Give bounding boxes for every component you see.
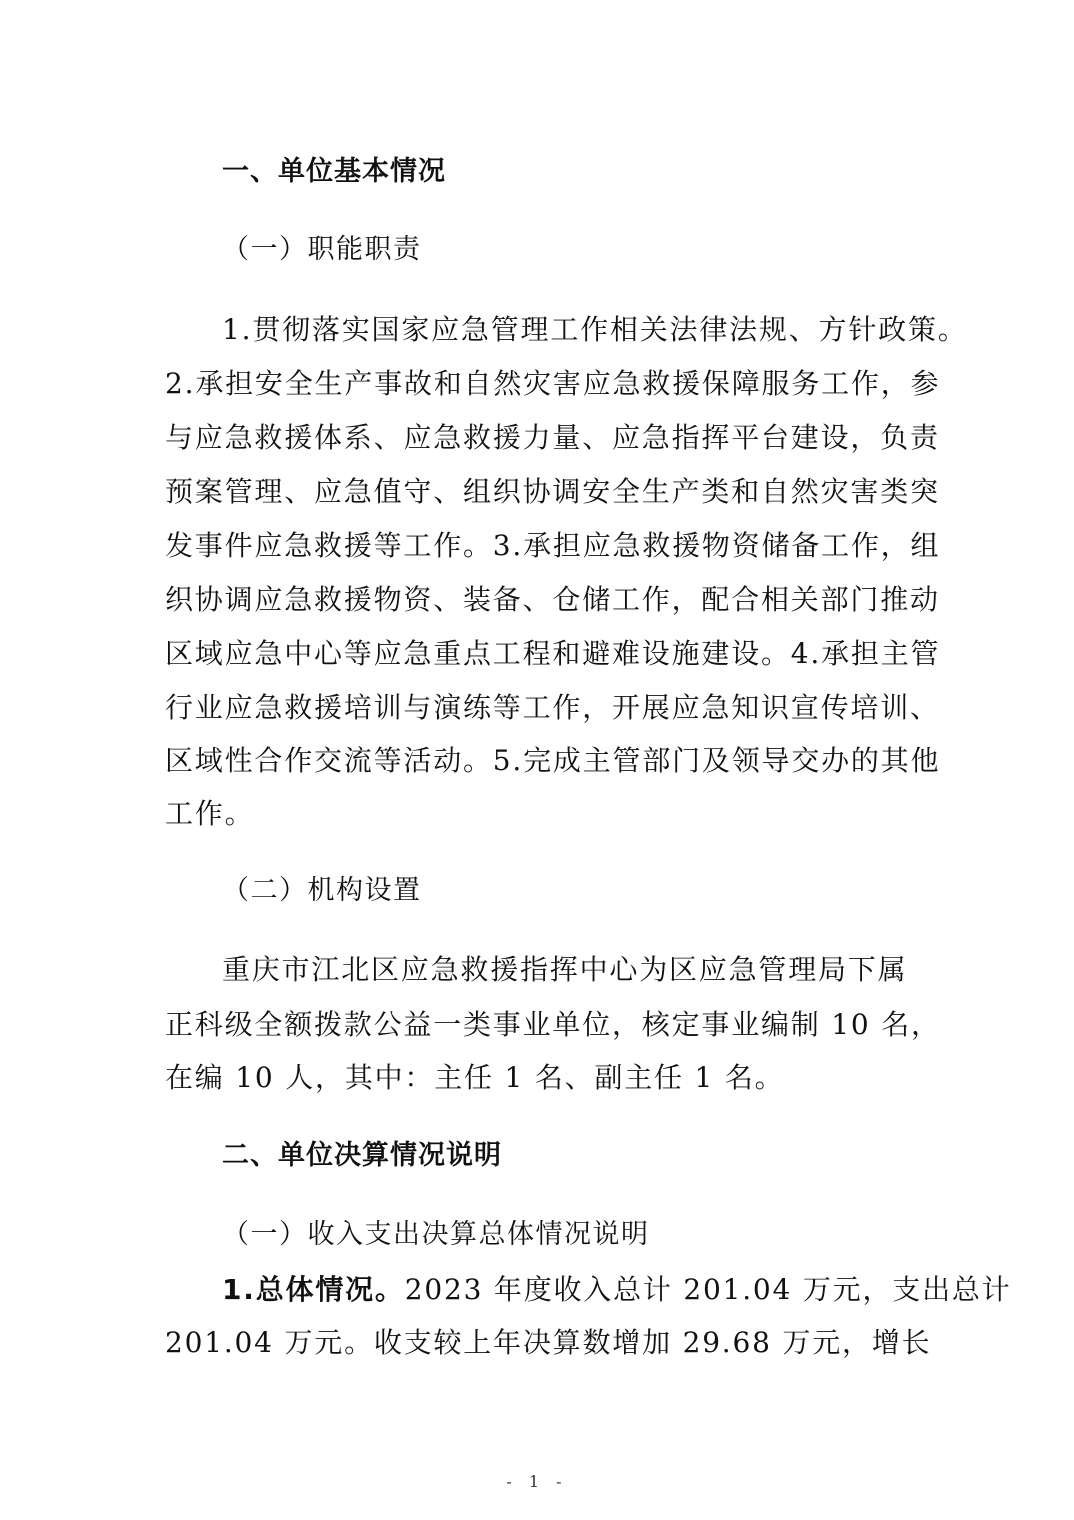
paragraph-line: 预案管理、应急值守、组织协调安全生产类和自然灾害类突 bbox=[165, 472, 940, 512]
paragraph-line: 2.承担安全生产事故和自然灾害应急救援保障服务工作，参 bbox=[165, 364, 940, 404]
item-label-overall: 1.总体情况。 bbox=[222, 1273, 405, 1306]
subsection-heading-functions: （一）职能职责 bbox=[222, 230, 422, 270]
paragraph-line: 重庆市江北区应急救援指挥中心为区应急管理局下属 bbox=[222, 950, 907, 990]
paragraph-line: 行业应急救援培训与演练等工作，开展应急知识宣传培训、 bbox=[165, 688, 940, 728]
section-heading-final-accounts: 二、单位决算情况说明 bbox=[222, 1136, 502, 1176]
subsection-heading-income-expense: （一）收入支出决算总体情况说明 bbox=[222, 1215, 650, 1255]
paragraph-line: 201.04 万元。收支较上年决算数增加 29.68 万元，增长 bbox=[165, 1323, 931, 1363]
paragraph-line: 工作。 bbox=[165, 794, 254, 834]
paragraph-line: 织协调应急救援物资、装备、仓储工作，配合相关部门推动 bbox=[165, 580, 940, 620]
item-text: 2023 年度收入总计 201.04 万元，支出总计 bbox=[405, 1273, 1012, 1306]
document-page: 一、单位基本情况 （一）职能职责 1.贯彻落实国家应急管理工作相关法律法规、方针… bbox=[0, 0, 1074, 1520]
paragraph-line: 区域应急中心等应急重点工程和避难设施建设。4.承担主管 bbox=[165, 634, 940, 674]
paragraph-line: 在编 10 人，其中：主任 1 名、副主任 1 名。 bbox=[165, 1058, 784, 1098]
section-heading-basic-info: 一、单位基本情况 bbox=[222, 152, 446, 192]
subsection-heading-organization: （二）机构设置 bbox=[222, 871, 422, 911]
paragraph-line: 1.贯彻落实国家应急管理工作相关法律法规、方针政策。 bbox=[222, 310, 968, 350]
page-number: - 1 - bbox=[0, 1472, 1074, 1491]
paragraph-line: 区域性合作交流等活动。5.完成主管部门及领导交办的其他 bbox=[165, 741, 940, 781]
paragraph-line: 与应急救援体系、应急救援力量、应急指挥平台建设，负责 bbox=[165, 418, 940, 458]
paragraph-line: 发事件应急救援等工作。3.承担应急救援物资储备工作，组 bbox=[165, 526, 940, 566]
paragraph-line: 正科级全额拨款公益一类事业单位，核定事业编制 10 名， bbox=[165, 1005, 941, 1045]
paragraph-line: 1.总体情况。2023 年度收入总计 201.04 万元，支出总计 bbox=[222, 1270, 1011, 1310]
